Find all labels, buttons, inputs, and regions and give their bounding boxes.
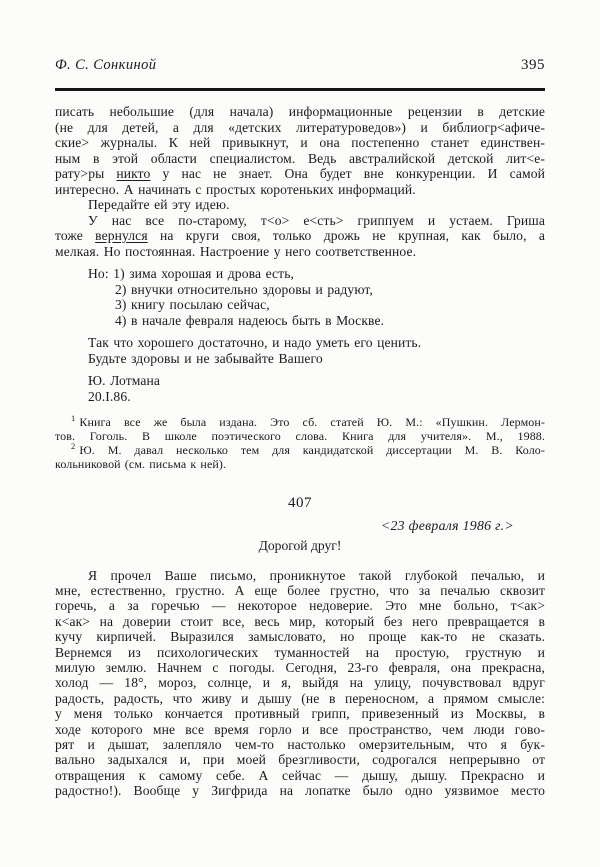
letter-407-salutation: Дорогой друг! (55, 538, 545, 554)
text-line: Так что хорошего достаточно, и надо умет… (55, 335, 545, 351)
text-line: Будьте здоровы и не забывайте Вашего (55, 351, 545, 367)
text-line: вально задыхался и, при моей брезгливост… (55, 752, 545, 767)
letter-407-date: <23 февраля 1986 г.> (55, 518, 545, 533)
text-line: ходе которого мне все время горло и все … (55, 722, 545, 737)
text-segment: на круги своя, только дрожь не крупная, … (148, 228, 545, 243)
footnote-1-line-1: 1Книга все же была издана. Это сб. стате… (55, 415, 545, 429)
footnote-2-line-1: 2Ю. М. давал несколько тем для кандидатс… (55, 443, 545, 457)
text-line: холод — 18°, мороз, солнце, и я, выйдя н… (55, 675, 545, 690)
text-line: У нас все по-старому, т<о> е<сть> гриппу… (55, 213, 545, 229)
page-content: Ф. С. Сонкиной 395 писать небольшие (для… (55, 0, 545, 799)
page-header: Ф. С. Сонкиной 395 (55, 57, 545, 73)
list-intro-line: Но: 1) зима хорошая и дрова есть, (88, 266, 545, 282)
letter-406-paragraph-1: писать небольшие (для начала) информацио… (55, 104, 545, 197)
letter-407-body: Я прочел Ваше письмо, проникнутое такой … (55, 568, 545, 799)
text-line: ские> журналы. К ней привыкнут, и она по… (55, 135, 545, 151)
underlined-word: никто (116, 166, 150, 181)
footnotes: 1Книга все же была издана. Это сб. стате… (55, 415, 545, 471)
letter-406-signature: Ю. Лотмана 20.I.86. (88, 373, 545, 404)
text-line: ным в этой области специалистом. Ведь ав… (55, 151, 545, 167)
text-line: мне, естественно, грустно. А еще более г… (55, 583, 545, 598)
letter-406-numbered-list: Но: 1) зима хорошая и дрова есть, 2) вну… (55, 266, 545, 328)
letter-406-closing: Так что хорошего достаточно, и надо умет… (55, 335, 545, 366)
text-line: Вернемся из психологических туманностей … (55, 645, 545, 660)
running-head: Ф. С. Сонкиной (55, 57, 156, 73)
text-line: у меня только кончается противный грипп,… (55, 706, 545, 721)
header-rule (55, 88, 545, 91)
text-line: писать небольшие (для начала) информацио… (55, 104, 545, 120)
text-line: (не для детей, а для «детских литературо… (55, 120, 545, 136)
text-line: горечь, а за горечью — некоторое недовер… (55, 598, 545, 613)
footnote-1-line-2: тов. Гоголь. В школе поэтического слова.… (55, 429, 545, 443)
footnote-2-line-2: кольниковой (см. письма к ней). (55, 457, 545, 471)
text-line: кучу кирпичей. Выразился замысловато, но… (55, 629, 545, 644)
text-line: Я прочел Ваше письмо, проникнутое такой … (55, 568, 545, 583)
list-item: 4) в начале февраля надеюсь быть в Москв… (115, 313, 545, 329)
text-line: рату>ры никто у нас не знает. Она будет … (55, 166, 545, 182)
text-line: тоже вернулся на круги своя, только дрож… (55, 228, 545, 244)
text-line: к<ак> на доверии стоит все, весь мир, ко… (55, 614, 545, 629)
list-item: 3) книгу посылаю сейчас, (115, 297, 545, 313)
page-number: 395 (521, 57, 545, 73)
list-item: 2) внучки относительно здоровы и радуют, (115, 282, 545, 298)
text-segment: у нас не знает. Она будет вне конкуренци… (150, 166, 545, 181)
letter-407-number: 407 (55, 495, 545, 511)
underlined-word: вернулся (95, 228, 148, 243)
signature-date: 20.I.86. (88, 389, 545, 405)
text-line: отвращения к самому себе. А сейчас — дыш… (55, 768, 545, 783)
letter-406-paragraph-3: У нас все по-старому, т<о> е<сть> гриппу… (55, 213, 545, 260)
text-segment: тоже (55, 228, 95, 243)
text-line: мелкая. Но постоянная. Настроение у него… (55, 244, 545, 260)
footnote-2-marker: 2 (71, 441, 75, 451)
text-line: милую землю. Начнем с погоды. Сегодня, 2… (55, 660, 545, 675)
text-segment: рату>ры (55, 166, 116, 181)
text-line: рят и дышат, залепляло чем-то настолько … (55, 737, 545, 752)
text-line: радость, радость, что живу и дышу (не в … (55, 691, 545, 706)
signature-name: Ю. Лотмана (88, 373, 545, 389)
footnote-1-marker: 1 (71, 413, 75, 423)
text-line: интересно. А начинать с простых коротень… (55, 182, 545, 198)
letter-406-paragraph-2: Передайте ей эту идею. (55, 197, 545, 213)
footnote-text: Ю. М. давал несколько тем для кандидатск… (79, 443, 545, 457)
footnote-text: Книга все же была издана. Это сб. статей… (79, 415, 545, 429)
book-page: Ф. С. Сонкиной 395 писать небольшие (для… (0, 0, 600, 867)
text-line: радостно!). Вообще у Зигфрида на лопатке… (55, 783, 545, 798)
